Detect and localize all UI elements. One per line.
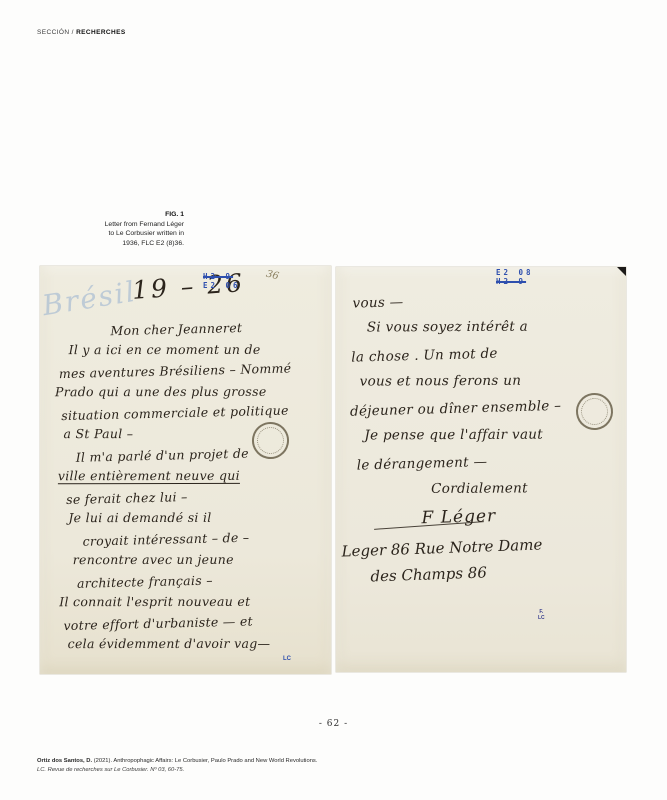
address-line: des Champs 86: [370, 557, 544, 589]
bresil-pencil-annotation: Brésil: [40, 275, 139, 322]
section-divider: /: [72, 29, 74, 36]
handwritten-text-left: Mon cher Jeanneret Il y a ici en ce mome…: [52, 317, 321, 656]
flc-stamp: F. LC: [538, 610, 545, 621]
journal-page: SECCIÓN / RECHERCHES FIG. 1 Letter from …: [0, 0, 667, 800]
citation-line1: Ortiz dos Santos, D. (2021). Anthropopha…: [37, 757, 457, 766]
figure-caption: FIG. 1 Letter from Fernand Léger to Le C…: [37, 210, 184, 248]
signature: F Léger: [421, 500, 618, 532]
citation-line2: LC. Revue de recherches sur Le Corbusier…: [37, 766, 457, 775]
archive-stamp-right: E2 08 H2 9: [496, 269, 534, 286]
caption-line: Letter from Fernand Léger: [37, 220, 184, 230]
archive-stamp-left: H2 9 E2 06: [203, 273, 241, 290]
page-number: - 62 -: [0, 719, 667, 729]
pencil-folio-note: 36: [265, 269, 280, 283]
letter-line: Cordialement: [431, 475, 617, 503]
letter-line: cela évidemment d'avoir vag—: [68, 633, 321, 654]
section-title: RECHERCHES: [76, 29, 126, 36]
figure-label: FIG. 1: [37, 210, 184, 220]
archive-stamp-active-line: E2 06: [203, 282, 241, 291]
page-corner-fold-icon: [617, 267, 626, 276]
section-label: SECCIÓN: [37, 29, 69, 36]
letter-line: Je pense que l'affair vaut: [364, 421, 616, 449]
letter-scan-right-page: E2 08 H2 9 vous — Si vous soyez intérêt …: [336, 267, 626, 672]
citation: Ortiz dos Santos, D. (2021). Anthropopha…: [37, 757, 457, 774]
letter-line: Mon cher Jeanneret: [110, 315, 317, 341]
caption-line: to Le Corbusier written in: [37, 229, 184, 239]
letter-line: croyait intéressant – de –: [82, 525, 319, 552]
lc-stamp: LC: [283, 656, 291, 662]
sender-address: Leger 86 Rue Notre Dame des Champs 86: [341, 532, 543, 591]
letter-line: architecte français –: [77, 567, 320, 594]
flc-stamp-line: LC: [538, 616, 545, 622]
letter-scan-left-page: 19 – 26 Brésil H2 9 E2 06 36 Mon cher Je…: [40, 266, 331, 674]
letter-line: Si vous soyez intérêt a: [367, 313, 615, 341]
citation-rest: (2021). Anthropophagic Affairs: Le Corbu…: [92, 758, 317, 764]
caption-line: 1936, FLC E2 (8)36.: [37, 239, 184, 249]
running-head: SECCIÓN / RECHERCHES: [37, 29, 126, 36]
citation-authors: Ortiz dos Santos, D.: [37, 758, 92, 764]
